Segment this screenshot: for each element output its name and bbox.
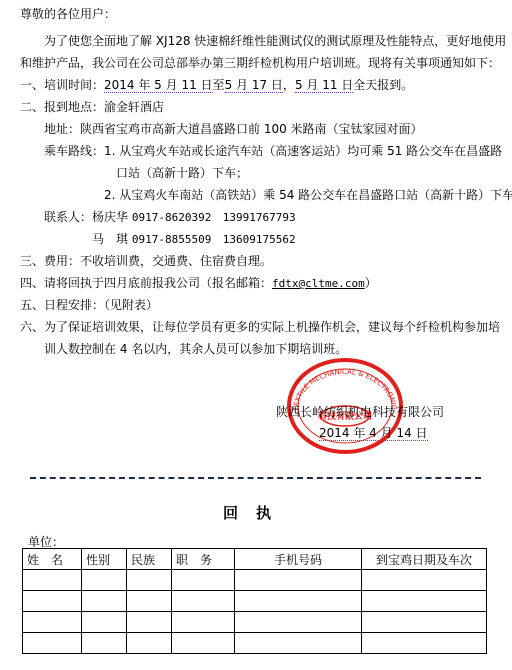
cell-position[interactable]	[172, 591, 235, 612]
item1-mid: 至	[213, 78, 225, 92]
contact-1-phone: 0917-8620392	[132, 211, 211, 224]
cell-arrival[interactable]	[362, 612, 487, 633]
cell-mobile[interactable]	[235, 570, 362, 591]
contact-label: 联系人：	[44, 210, 92, 224]
route-2: 2. 从宝鸡火车南站（高铁站）乘 54 路公交车在昌盛路口站（高新十路）下车。	[104, 187, 512, 203]
item-fees: 三、费用：不收培训费，交通费、住宿费自理。	[20, 253, 272, 269]
contact-1-name: 杨庆华	[92, 210, 128, 224]
cell-gender[interactable]	[82, 570, 127, 591]
table-header-row: 姓 名 性别 民族 职 务 手机号码 到宝鸡日期及车次	[23, 549, 487, 570]
company-name: 陕西长岭纺织机电科技有限公司	[276, 404, 444, 420]
contact-2-name: 马 琪	[92, 232, 128, 246]
cell-gender[interactable]	[82, 612, 127, 633]
cell-position[interactable]	[172, 570, 235, 591]
item-receipt-deadline: 四、请将回执于四月底前报我公司（报名邮箱：fdtx@cltme.com）	[20, 275, 377, 292]
cell-mobile[interactable]	[235, 633, 362, 654]
item-note-line-1: 六、为了保证培训效果，让每位学员有更多的实际上机操作机会，建议每个纤检机构参加培	[20, 319, 500, 335]
route-1-line-1: 乘车路线：1. 从宝鸡火车站或长途汽车站（高速客运站）均可乘 51 路公交车在昌…	[44, 143, 502, 159]
cell-arrival[interactable]	[362, 633, 487, 654]
cell-arrival[interactable]	[362, 591, 487, 612]
cell-ethnicity[interactable]	[127, 591, 172, 612]
column-header-arrival: 到宝鸡日期及车次	[362, 549, 487, 570]
item-schedule: 五、日程安排：（见附表）	[20, 297, 158, 313]
column-header-position: 职 务	[172, 549, 235, 570]
item4-prefix: 四、请将回执于四月底前报我公司（报名邮箱：	[20, 276, 272, 290]
cell-mobile[interactable]	[235, 591, 362, 612]
cell-name[interactable]	[23, 570, 82, 591]
cut-line-divider	[30, 477, 481, 479]
cell-name[interactable]	[23, 591, 82, 612]
item1-suffix: 全天报到。	[353, 78, 413, 92]
route-1-line-2: 口站（高新十路）下车；	[116, 165, 248, 181]
column-header-mobile: 手机号码	[235, 549, 362, 570]
signature-date-text: 2014 年 4 月 14 日	[319, 426, 428, 441]
intro-line-2: 和维护产品，我公司在公司总部举办第三期纤检机构用户培训班。现将有关事项通知如下：	[20, 55, 500, 71]
cell-mobile[interactable]	[235, 612, 362, 633]
cell-position[interactable]	[172, 612, 235, 633]
item-location: 二、报到地点：渝金轩酒店	[20, 99, 164, 115]
contact-1-mobile: 13991767793	[223, 211, 296, 224]
cell-gender[interactable]	[82, 633, 127, 654]
cell-name[interactable]	[23, 612, 82, 633]
table-row	[23, 633, 487, 654]
table-row	[23, 591, 487, 612]
cell-name[interactable]	[23, 633, 82, 654]
cell-ethnicity[interactable]	[127, 633, 172, 654]
item-note-line-2: 训人数控制在 4 名以内，其余人员可以参加下期培训班。	[44, 341, 347, 357]
signature-date: 2014 年 4 月 14 日	[319, 425, 428, 441]
column-header-ethnicity: 民族	[127, 549, 172, 570]
item4-suffix: ）	[365, 276, 377, 290]
training-start-date: 2014 年 5 月 11 日	[104, 78, 213, 93]
registration-email-link[interactable]: fdtx@cltme.com	[272, 277, 365, 290]
item-training-time: 一、培训时间：2014 年 5 月 11 日至5 月 17 日，5 月 11 日…	[20, 77, 413, 93]
column-header-name: 姓 名	[23, 549, 82, 570]
salutation: 尊敬的各位用户：	[20, 6, 116, 22]
contact-row-2: 马 琪 0917-8855509 13609175562	[92, 231, 296, 248]
contact-2-phone: 0917-8855509	[132, 233, 211, 246]
intro-line-1: 为了使您全面地了解 XJ128 快速棉纤维性能测试仪的测试原理及性能特点，更好地…	[44, 33, 506, 49]
contact-2-mobile: 13609175562	[223, 233, 296, 246]
cell-ethnicity[interactable]	[127, 570, 172, 591]
contact-row-1: 联系人：杨庆华 0917-8620392 13991767793	[44, 209, 296, 226]
address: 地址：陕西省宝鸡市高新大道昌盛路口前 100 米路南（宝钛家园对面）	[44, 121, 423, 137]
registration-date: 5 月 11 日	[295, 78, 353, 93]
item1-prefix: 一、培训时间：	[20, 78, 104, 92]
training-end-date: 5 月 17 日	[225, 78, 283, 93]
table-row	[23, 570, 487, 591]
table-row	[23, 612, 487, 633]
item1-comma: ，	[283, 78, 295, 92]
receipt-table: 姓 名 性别 民族 职 务 手机号码 到宝鸡日期及车次	[22, 548, 487, 654]
cell-position[interactable]	[172, 633, 235, 654]
cell-arrival[interactable]	[362, 570, 487, 591]
receipt-title: 回执	[0, 502, 512, 523]
column-header-gender: 性别	[82, 549, 127, 570]
cell-ethnicity[interactable]	[127, 612, 172, 633]
cell-gender[interactable]	[82, 591, 127, 612]
